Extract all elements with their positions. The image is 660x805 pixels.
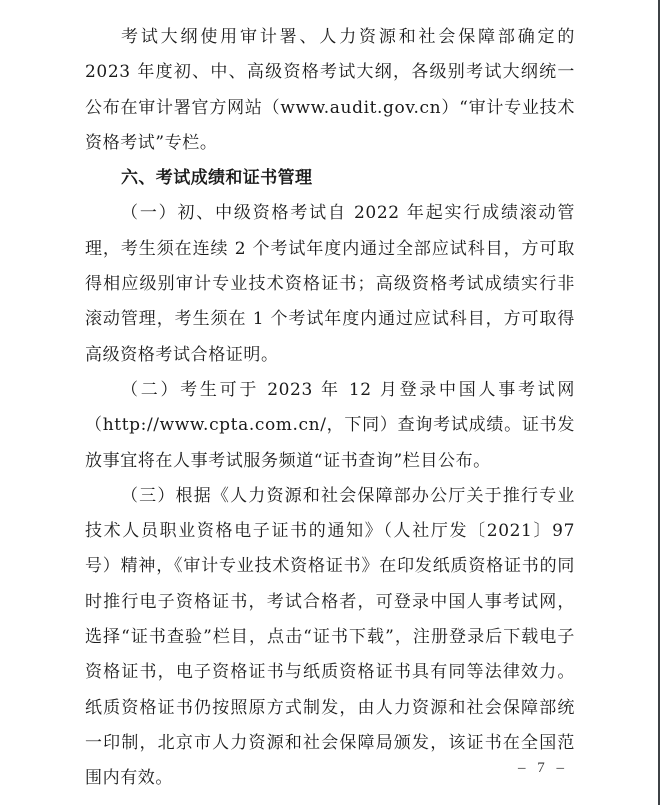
document-body: 考试大纲使用审计署、人力资源和社会保障部确定的 2023 年度初、中、高级资格考…: [85, 20, 575, 797]
paragraph-score-rolling-management: （一）初、中级资格考试自 2022 年起实行成绩滚动管理，考生须在连续 2 个考…: [85, 196, 575, 372]
paragraph-electronic-certificate: （三）根据《人力资源和社会保障部办公厅关于推行专业技术人员职业资格电子证书的通知…: [85, 479, 575, 797]
section-heading-scores-certificates: 六、考试成绩和证书管理: [85, 161, 575, 196]
page-number: – 7 –: [518, 760, 568, 777]
document-page: 考试大纲使用审计署、人力资源和社会保障部确定的 2023 年度初、中、高级资格考…: [0, 0, 658, 805]
paragraph-score-query: （二）考生可于 2023 年 12 月登录中国人事考试网（http://www.…: [85, 373, 575, 479]
paragraph-syllabus: 考试大纲使用审计署、人力资源和社会保障部确定的 2023 年度初、中、高级资格考…: [85, 20, 575, 161]
